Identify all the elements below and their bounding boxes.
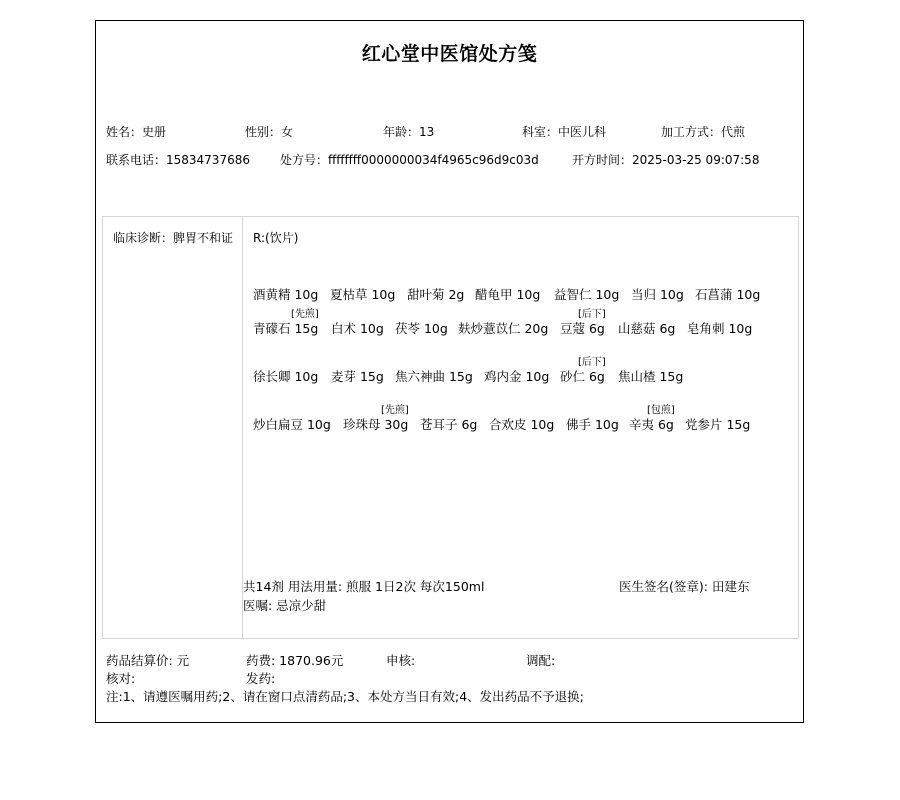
doctor-advice: 医嘱: 忌凉少甜 [243, 596, 326, 614]
prescription-time: 开方时间：2025-03-25 09:07:58 [572, 151, 759, 168]
herb-name: 益智仁 10g [554, 285, 619, 303]
herb-name: 焦山楂 15g [618, 367, 683, 385]
settlement-price: 药品结算价: 元 [106, 651, 189, 669]
herb-note: [后下] [578, 353, 606, 368]
herb-name: 青礞石 15g [253, 319, 318, 337]
processing-method: 加工方式：代煎 [661, 123, 745, 140]
herb-name: 皂角刺 10g [687, 319, 752, 337]
department: 科室：中医儿科 [522, 123, 606, 140]
patient-age: 年龄：13 [383, 123, 434, 140]
notes-text: 注:1、请遵医嘱用药;2、请在窗口点清药品;3、本处方当日有效;4、发出药品不予… [106, 687, 584, 705]
herb-name: 白术 10g [331, 319, 384, 337]
herb-name: 炒白扁豆 10g [253, 415, 331, 433]
herb-note: [包煎] [647, 401, 675, 416]
herb-name: 辛夷 6g [629, 415, 674, 433]
herb-note: [先煎] [381, 401, 409, 416]
herb-name: 当归 10g [631, 285, 684, 303]
herb-name: 麸炒薏苡仁 20g [458, 319, 548, 337]
prescription-column: R:(饮片) 酒黄精 10g 夏枯草 10g 甜叶菊 2g 醋龟甲 10g 益智… [243, 217, 798, 638]
issue-field: 发药: [246, 669, 275, 687]
herb-name: 酒黄精 10g [253, 285, 318, 303]
herb-name: 徐长卿 10g [253, 367, 318, 385]
usage-instructions: 共14剂 用法用量: 煎服 1日2次 每次150ml [243, 577, 484, 595]
herb-name: 佛手 10g [566, 415, 619, 433]
review-field: 申核: [386, 651, 415, 669]
herb-name: 鸡内金 10g [484, 367, 549, 385]
herb-name: 砂仁 6g [560, 367, 605, 385]
patient-gender: 性别：女 [245, 123, 293, 140]
herb-name: 珍珠母 30g [343, 415, 408, 433]
herb-name: 合欢皮 10g [489, 415, 554, 433]
rx-type: R:(饮片) [253, 229, 298, 246]
herb-note: [后下] [578, 305, 606, 320]
prescription-sheet: 红心堂中医馆处方笺 姓名：史册 性别：女 年龄：13 科室：中医儿科 加工方式：… [95, 20, 804, 723]
herb-name: 山慈菇 6g [618, 319, 675, 337]
herb-name: 茯苓 10g [395, 319, 448, 337]
herb-name: 甜叶菊 2g [407, 285, 464, 303]
herb-name: 醋龟甲 10g [475, 285, 540, 303]
herb-name: 夏枯草 10g [330, 285, 395, 303]
drug-fee: 药费: 1870.96元 [246, 651, 343, 669]
doctor-signature: 医生签名(签章): 田建东 [619, 577, 749, 595]
diagnosis-column: 临床诊断：脾胃不和证 [103, 217, 243, 638]
clinical-diagnosis: 临床诊断：脾胃不和证 [113, 229, 235, 247]
herb-name: 党参片 15g [685, 415, 750, 433]
check-field: 核对: [106, 669, 135, 687]
herb-name: 豆蔻 6g [560, 319, 605, 337]
patient-name: 姓名：史册 [106, 123, 166, 140]
herb-name: 石菖蒲 10g [695, 285, 760, 303]
contact-phone: 联系电话：15834737686 [106, 151, 250, 168]
herb-name: 焦六神曲 15g [395, 367, 473, 385]
herb-name: 苍耳子 6g [420, 415, 477, 433]
prescription-number: 处方号：ffffffff0000000034f4965c96d9c03d [280, 151, 539, 168]
page-title: 红心堂中医馆处方笺 [96, 39, 803, 66]
dispense-prep-field: 调配: [526, 651, 555, 669]
herb-note: [先煎] [291, 305, 319, 320]
prescription-table: 临床诊断：脾胃不和证 R:(饮片) 酒黄精 10g 夏枯草 10g 甜叶菊 2g… [102, 216, 799, 639]
herb-name: 麦芽 15g [331, 367, 384, 385]
